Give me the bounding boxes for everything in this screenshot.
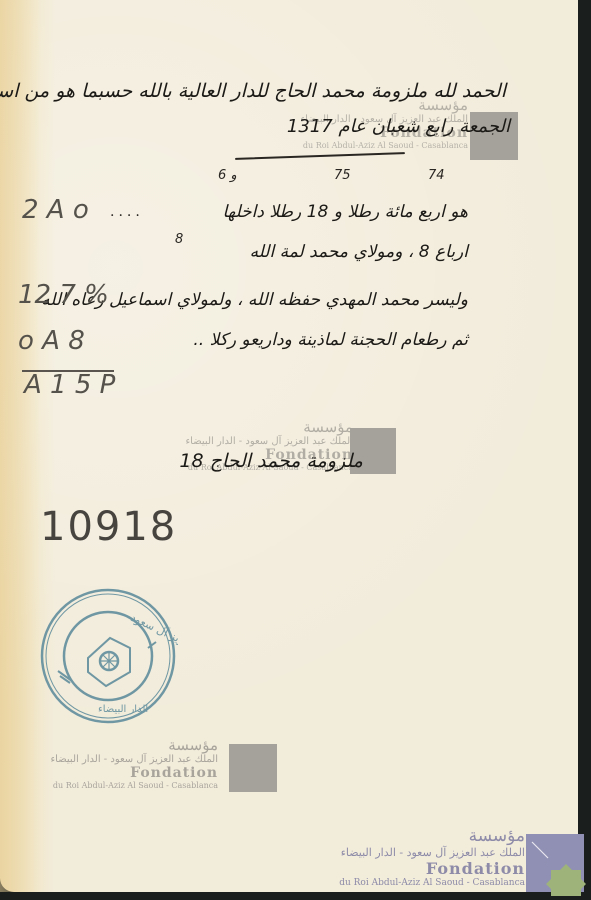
date-underline — [235, 152, 405, 160]
manuscript-line-1: الحمد لله ملزومة محمد الحاج للدار العالي… — [0, 80, 506, 102]
tally-line-2: 12 7 % — [18, 280, 109, 310]
foundation-watermark: مؤسسة الملك عبد العزيز آل سعود - الدار ا… — [339, 826, 525, 888]
tally-line-3: o A 8 — [18, 326, 85, 356]
paper-fold-stain — [0, 0, 40, 892]
tally-total: A 1 5 P — [24, 370, 115, 400]
watermark-logo-lower — [229, 744, 277, 792]
superscript-8: 8 — [175, 232, 183, 247]
manuscript-line-4: ارباع 8 ، ومولاي محمد لمة الله — [250, 242, 468, 262]
tally-line-1: 2 A o — [22, 195, 89, 225]
manuscript-line-6: ثم رطعام الحجنة لماذينة وداريعو ركلا .. — [193, 330, 468, 350]
superscript-74: 74 — [428, 168, 445, 183]
svg-text:الدار البيضاء: الدار البيضاء — [98, 704, 148, 715]
svg-text:عبد العزيز آل سعود: عبد العزيز آل سعود — [129, 610, 178, 660]
signature-line: ملزومة محمد الحاج 18 — [179, 450, 363, 472]
seal-stamp-icon: عبد العزيز آل سعود الدار البيضاء — [38, 586, 178, 726]
superscript-6: 6 و — [218, 168, 237, 183]
watermark-lower: مؤسسة الملك عبد العزيز آل سعود - الدار ا… — [50, 736, 218, 790]
leader-dots: .... — [110, 204, 144, 220]
manuscript-page: مؤسسة الملك عبد العزيز آل سعود - الدار ا… — [0, 0, 578, 892]
manuscript-line-3: هو اربع مائة رطلا و 18 رطلا داخلها — [223, 202, 468, 222]
manuscript-line-2: الجمعة رابع شعبان عام 1317 — [287, 116, 510, 137]
archive-number: 10918 — [40, 504, 177, 550]
foundation-logo-icon — [526, 834, 586, 896]
superscript-75: 75 — [334, 168, 351, 183]
